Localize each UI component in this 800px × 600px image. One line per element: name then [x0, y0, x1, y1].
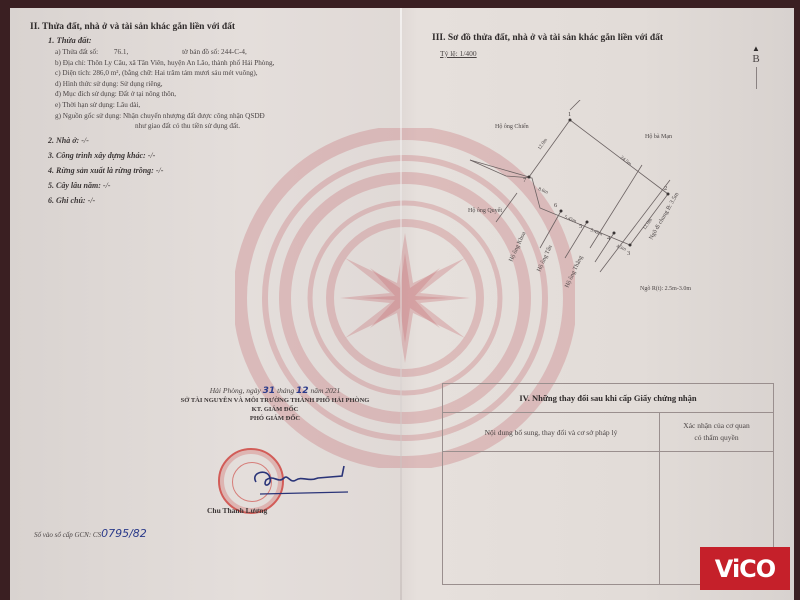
page-fold	[400, 8, 402, 600]
handwritten-signature	[248, 460, 358, 500]
neighbor-label: Hộ ông Khoa	[508, 231, 527, 263]
vertex-2-label: 2	[664, 185, 667, 192]
north-indicator: ▲ B	[746, 45, 766, 89]
area-label: c) Diện tích:	[55, 69, 91, 77]
plot-number-value: 76.1,	[114, 48, 128, 56]
col-content-header: Nội dung bổ sung, thay đổi và cơ sở pháp…	[443, 413, 660, 451]
road-south-label: Ngõ R(t): 2.5m-3.0m	[640, 285, 691, 292]
signer-position: PHÓ GIÁM ĐỐC	[150, 414, 400, 423]
origin-label: g) Nguồn gốc sử dụng:	[55, 112, 121, 120]
registry-label: Số vào sổ cấp GCN: CS	[34, 531, 101, 539]
map-sheet-label: tờ bản đồ số:	[182, 48, 219, 56]
signer-name: Chu Thanh Lương	[207, 506, 267, 515]
neighbor-label: Hộ ông Thắng	[563, 255, 584, 289]
vertex-6-label: 6	[554, 202, 558, 209]
signature-block: Hải Phòng, ngày 31 tháng 12 năm 2021 SỞ …	[150, 386, 400, 423]
date-year: năm 2021	[310, 386, 340, 395]
vico-logo: ViCO	[700, 547, 790, 590]
changes-title: IV. Những thay đổi sau khi cấp Giấy chứn…	[443, 384, 773, 413]
neighbor-label: Hộ ông Quyết	[468, 207, 502, 214]
neighbor-label: Hộ ông Tấn	[535, 244, 553, 273]
item-value: -/-	[148, 151, 156, 160]
address-label: b) Địa chỉ:	[55, 59, 86, 67]
svg-text:8.6m: 8.6m	[537, 187, 548, 195]
item-other-construction: 3. Công trình xây dựng khác: -/-	[48, 151, 390, 160]
item-notes: 6. Ghi chú: -/-	[48, 196, 390, 205]
item-value: -/-	[81, 136, 89, 145]
origin-value: Nhận chuyển nhượng đất được công nhận QS…	[123, 112, 265, 120]
left-page: II. Thửa đất, nhà ở và tài sản khác gắn …	[30, 22, 390, 211]
map-sheet-value: 244-C-4,	[221, 48, 247, 56]
svg-text:5.45m: 5.45m	[563, 215, 577, 224]
plot-number-line: a) Thửa đất số: 76.1, tờ bản đồ số: 244-…	[30, 47, 390, 58]
purpose-label: đ) Mục đích sử dụng:	[55, 90, 117, 98]
area-line: c) Diện tích: 286,0 m², (bằng chữ: Hai t…	[30, 68, 390, 79]
col-confirm-line2: có thẩm quyền	[694, 433, 738, 442]
col-confirm-header: Xác nhận của cơ quancó thẩm quyền	[660, 413, 773, 451]
item-label: 2. Nhà ở:	[48, 136, 79, 145]
on-behalf-label: KT. GIÁM ĐỐC	[150, 405, 400, 414]
plot-diagram: 1 2 3 4 5 6 7 24.5m 12.0m 4.5m 5.45m 5.4…	[440, 100, 740, 310]
date-prefix: Hải Phòng, ngày	[210, 386, 261, 395]
term-value: Lâu dài,	[117, 101, 141, 109]
col-confirm-line1: Xác nhận của cơ quan	[683, 421, 749, 430]
issue-date: Hải Phòng, ngày 31 tháng 12 năm 2021	[150, 386, 400, 396]
vertex-5-label: 5	[579, 223, 582, 230]
north-label: B	[752, 53, 759, 65]
svg-text:5.45m: 5.45m	[589, 228, 603, 237]
right-page: III. Sơ đồ thửa đất, nhà ở và tài sản kh…	[432, 33, 762, 58]
svg-text:12.0m: 12.0m	[643, 218, 654, 231]
section-ii-title: II. Thửa đất, nhà ở và tài sản khác gắn …	[30, 22, 390, 32]
area-value: 286,0 m², (bằng chữ: Hai trăm tám mươi s…	[93, 69, 258, 77]
purpose-line: đ) Mục đích sử dụng: Đất ở tại nông thôn…	[30, 89, 390, 100]
item-label: 4. Rừng sản xuất là rừng trồng:	[48, 166, 154, 175]
plot-number-label: a) Thửa đất số:	[55, 48, 98, 56]
term-line: e) Thời hạn sử dụng: Lâu dài,	[30, 100, 390, 111]
month-label: tháng	[277, 386, 294, 395]
north-arrow-icon: ▲	[746, 45, 766, 53]
issuing-organization: SỞ TÀI NGUYÊN VÀ MÔI TRƯỜNG THÀNH PHỐ HẢ…	[150, 396, 400, 405]
item-value: -/-	[156, 166, 164, 175]
svg-text:24.5m: 24.5m	[619, 156, 632, 168]
date-day: 31	[263, 386, 276, 396]
usage-form-label: d) Hình thức sử dụng:	[55, 80, 118, 88]
changes-header-row: Nội dung bổ sung, thay đổi và cơ sở pháp…	[443, 413, 773, 452]
neighbor-label: Hộ ông Chiến	[495, 123, 529, 130]
origin-line-cont: như giao đất có thu tiền sử dụng đất.	[30, 121, 390, 132]
usage-form-value: Sử dụng riêng,	[120, 80, 162, 88]
origin-value-cont: như giao đất có thu tiền sử dụng đất.	[135, 122, 240, 130]
vertex-3-label: 3	[627, 250, 630, 257]
registry-number: Số vào sổ cấp GCN: CS0795/82	[34, 527, 147, 540]
origin-line: g) Nguồn gốc sử dụng: Nhận chuyển nhượng…	[30, 111, 390, 122]
registry-value: 0795/82	[101, 527, 147, 540]
svg-text:4.5m: 4.5m	[615, 244, 626, 252]
item-value: -/-	[88, 196, 96, 205]
item-house: 2. Nhà ở: -/-	[48, 136, 390, 145]
svg-text:12.0m: 12.0m	[538, 138, 549, 151]
vertex-1-label: 1	[568, 111, 571, 118]
address-value: Thôn Ly Câu, xã Tân Viên, huyện An Lão, …	[87, 59, 274, 67]
item-label: 5. Cây lâu năm:	[48, 181, 101, 190]
item-label: 6. Ghi chú:	[48, 196, 86, 205]
address-line: b) Địa chỉ: Thôn Ly Câu, xã Tân Viên, hu…	[30, 58, 390, 69]
item-label: 3. Công trình xây dựng khác:	[48, 151, 146, 160]
land-plot-title: 1. Thửa đất:	[48, 35, 390, 45]
term-label: e) Thời hạn sử dụng:	[55, 101, 115, 109]
date-month: 12	[296, 386, 309, 396]
section-iii-title: III. Sơ đồ thửa đất, nhà ở và tài sản kh…	[432, 33, 762, 43]
neighbor-label: Hộ bà Mạn	[645, 134, 672, 140]
item-value: -/-	[103, 181, 111, 190]
purpose-value: Đất ở tại nông thôn,	[119, 90, 177, 98]
map-scale: Tỷ lệ: 1/400	[440, 49, 762, 58]
item-perennial-trees: 5. Cây lâu năm: -/-	[48, 181, 390, 190]
usage-form-line: d) Hình thức sử dụng: Sử dụng riêng,	[30, 79, 390, 90]
vertex-7-label: 7	[523, 177, 527, 184]
item-planted-forest: 4. Rừng sản xuất là rừng trồng: -/-	[48, 166, 390, 175]
